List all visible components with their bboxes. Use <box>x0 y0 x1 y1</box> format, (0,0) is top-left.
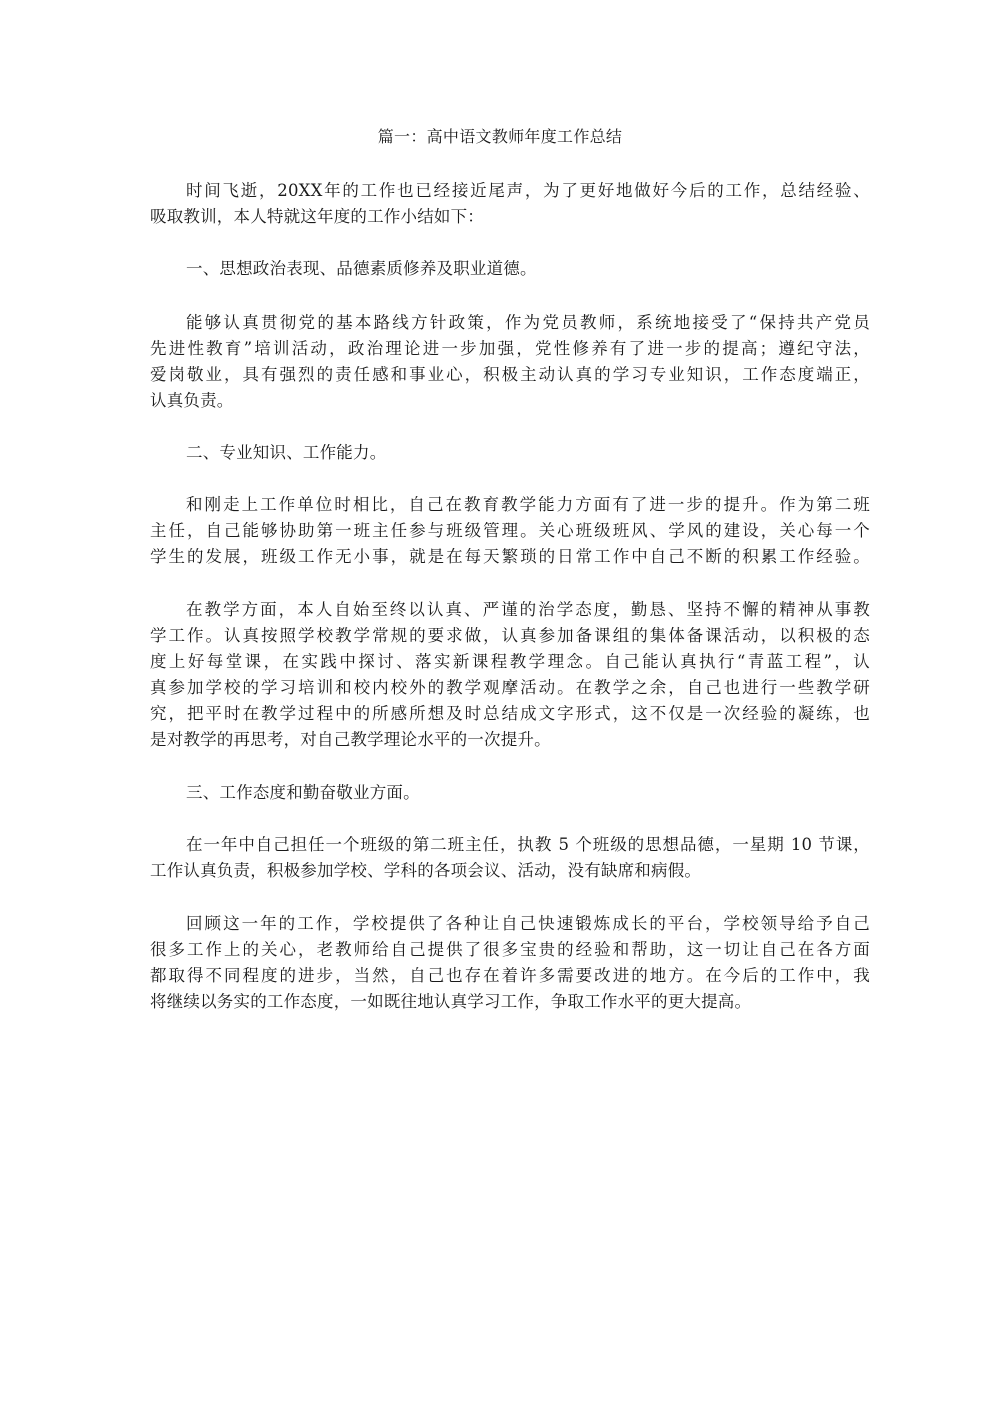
paragraph-line: 很多工作上的关心，老教师给自己提供了很多宝贵的经验和帮助，这一切让自己在各方面 <box>150 939 870 961</box>
paragraph-line: 先进性教育”培训活动，政治理论进一步加强，党性修养有了进一步的提高；遵纪守法， <box>150 338 870 360</box>
document-title: 篇一：高中语文教师年度工作总结 <box>0 126 1000 148</box>
paragraph-line: 主任，自己能够协助第一班主任参与班级管理。关心班级班风、学风的建设，关心每一个 <box>150 520 870 542</box>
paragraph-intro-line: 时间飞逝，20XX年的工作也已经接近尾声，为了更好地做好今后的工作，总结经验、 <box>186 180 870 202</box>
paragraph-line: 回顾这一年的工作，学校提供了各种让自己快速锻炼成长的平台，学校领导给予自己 <box>186 913 870 935</box>
paragraph-line: 是对教学的再思考，对自己教学理论水平的一次提升。 <box>150 729 870 751</box>
paragraph-line: 真参加学校的学习培训和校内校外的教学观摩活动。在教学之余，自己也进行一些教学研 <box>150 677 870 699</box>
paragraph-line: 认真负责。 <box>150 390 870 412</box>
paragraph-line: 学工作。认真按照学校教学常规的要求做，认真参加备课组的集体备课活动，以积极的态 <box>150 625 870 647</box>
document-page: 篇一：高中语文教师年度工作总结 时间飞逝，20XX年的工作也已经接近尾声，为了更… <box>0 0 1000 1415</box>
paragraph-line: 究，把平时在教学过程中的所感所想及时总结成文字形式，这不仅是一次经验的凝练，也 <box>150 703 870 725</box>
paragraph-line: 度上好每堂课，在实践中探讨、落实新课程教学理念。自己能认真执行“青蓝工程”，认 <box>150 651 870 673</box>
paragraph-line: 能够认真贯彻党的基本路线方针政策，作为党员教师，系统地接受了“保持共产党员 <box>186 312 870 334</box>
paragraph-line: 和刚走上工作单位时相比，自己在教育教学能力方面有了进一步的提升。作为第二班 <box>186 494 870 516</box>
section-heading-2: 二、专业知识、工作能力。 <box>186 442 870 464</box>
paragraph-line: 学生的发展，班级工作无小事，就是在每天繁琐的日常工作中自己不断的积累工作经验。 <box>150 546 870 568</box>
section-heading-3: 三、工作态度和勤奋敬业方面。 <box>186 782 870 804</box>
paragraph-line: 在一年中自己担任一个班级的第二班主任，执教 5 个班级的思想品德，一星期 10 … <box>186 834 870 856</box>
paragraph-line: 将继续以务实的工作态度，一如既往地认真学习工作，争取工作水平的更大提高。 <box>150 991 870 1013</box>
paragraph-line: 工作认真负责，积极参加学校、学科的各项会议、活动，没有缺席和病假。 <box>150 860 870 882</box>
section-heading-1: 一、思想政治表现、品德素质修养及职业道德。 <box>186 258 870 280</box>
paragraph-line: 都取得不同程度的进步，当然，自己也存在着许多需要改进的地方。在今后的工作中，我 <box>150 965 870 987</box>
paragraph-line: 爱岗敬业，具有强烈的责任感和事业心，积极主动认真的学习专业知识，工作态度端正， <box>150 364 870 386</box>
paragraph-line: 在教学方面，本人自始至终以认真、严谨的治学态度，勤恳、坚持不懈的精神从事教 <box>186 599 870 621</box>
paragraph-intro-line: 吸取教训，本人特就这年度的工作小结如下： <box>150 206 870 228</box>
